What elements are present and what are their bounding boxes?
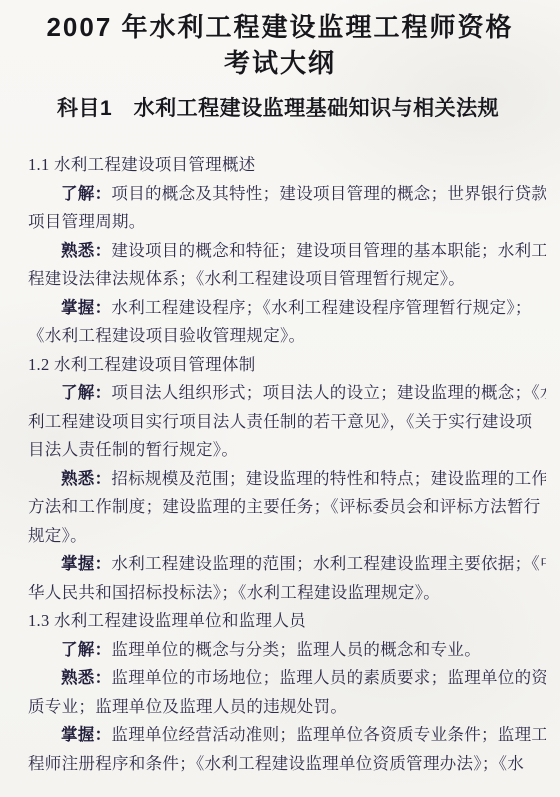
line-text: 华人民共和国招标投标法》；《水利工程建设监理规定》。 <box>28 583 440 602</box>
body-line: 程师注册程序和条件；《水利工程建设监理单位资质管理办法》；《水 <box>28 750 546 779</box>
line-text: 方法和工作制度；建设监理的主要任务；《评标委员会和评标方法暂行 <box>28 497 541 516</box>
line-text: 项目的概念及其特性；建设项目管理的概念；世界银行贷款 <box>111 184 546 203</box>
body-line: 掌握：水利工程建设程序；《水利工程建设程序管理暂行规定》； <box>28 294 546 323</box>
subject-heading: 科目1 水利工程建设监理基础知识与相关法规 <box>0 96 560 122</box>
line-text: 水利工程建设程序；《水利工程建设程序管理暂行规定》； <box>111 298 531 317</box>
line-label: 熟悉： <box>61 668 111 687</box>
document-title: 2007 年水利工程建设监理工程师资格 考试大纲 <box>0 0 560 81</box>
line-label: 掌握： <box>61 725 111 744</box>
body-line: 规定》。 <box>28 522 546 551</box>
body-line: 利工程建设项目实行项目法人责任制的若干意见》，《关于实行建设项 <box>28 408 546 437</box>
line-text: 监理单位经营活动准则；监理单位各资质专业条件；监理工 <box>111 725 546 744</box>
body-line: 掌握：监理单位经营活动准则；监理单位各资质专业条件；监理工 <box>28 721 546 750</box>
page-title-line-1: 2007 年水利工程建设监理工程师资格 <box>0 9 560 45</box>
line-text: 质专业；监理单位及监理人员的违规处罚。 <box>28 697 347 716</box>
scanned-document-page: 2007 年水利工程建设监理工程师资格 考试大纲 科目1 水利工程建设监理基础知… <box>0 0 560 797</box>
body-line: 熟悉：招标规模及范围；建设监理的特性和特点；建设监理的工作 <box>28 465 546 494</box>
line-label: 了解： <box>61 383 111 402</box>
line-text: 利工程建设项目实行项目法人责任制的若干意见》，《关于实行建设项 <box>28 412 532 431</box>
document-body: 1.1 水利工程建设项目管理概述 了解：项目的概念及其特性；建设项目管理的概念；… <box>0 151 560 778</box>
line-label: 了解： <box>61 640 111 659</box>
line-text: 水利工程建设监理的范围；水利工程建设监理主要依据；《中 <box>111 554 546 573</box>
page-title-line-2: 考试大纲 <box>0 45 560 81</box>
line-text: 规定》。 <box>28 526 87 545</box>
body-line: 程建设法律法规体系；《水利工程建设项目管理暂行规定》。 <box>28 265 546 294</box>
body-line: 了解：监理单位的概念与分类；监理人员的概念和专业。 <box>28 636 546 665</box>
body-line: 《水利工程建设项目验收管理规定》。 <box>28 322 546 351</box>
line-label: 掌握： <box>61 298 111 317</box>
line-text: 目法人责任制的暂行规定》。 <box>28 440 238 459</box>
line-text: 项目管理周期。 <box>28 212 146 231</box>
body-line: 掌握：水利工程建设监理的范围；水利工程建设监理主要依据；《中 <box>28 550 546 579</box>
body-line: 项目管理周期。 <box>28 208 546 237</box>
line-label: 掌握： <box>61 554 111 573</box>
body-line: 了解：项目法人组织形式；项目法人的设立；建设监理的概念；《水 <box>28 379 546 408</box>
line-text: 程师注册程序和条件；《水利工程建设监理单位资质管理办法》；《水 <box>28 754 524 773</box>
line-text: 《水利工程建设项目验收管理规定》。 <box>28 326 305 345</box>
section-heading-1-2: 1.2 水利工程建设项目管理体制 <box>28 351 546 380</box>
section-heading-1-1: 1.1 水利工程建设项目管理概述 <box>28 151 546 180</box>
line-label: 了解： <box>61 184 111 203</box>
line-text: 项目法人组织形式；项目法人的设立；建设监理的概念；《水 <box>111 383 546 402</box>
body-line: 了解：项目的概念及其特性；建设项目管理的概念；世界银行贷款 <box>28 180 546 209</box>
body-line: 方法和工作制度；建设监理的主要任务；《评标委员会和评标方法暂行 <box>28 493 546 522</box>
section-heading-1-3: 1.3 水利工程建设监理单位和监理人员 <box>28 607 546 636</box>
line-label: 熟悉： <box>61 241 111 260</box>
body-line: 目法人责任制的暂行规定》。 <box>28 436 546 465</box>
line-text: 监理单位的市场地位；监理人员的素质要求；监理单位的资 <box>111 668 546 687</box>
body-line: 熟悉：建设项目的概念和特征；建设项目管理的基本职能；水利工 <box>28 237 546 266</box>
line-text: 建设项目的概念和特征；建设项目管理的基本职能；水利工 <box>111 241 546 260</box>
line-text: 招标规模及范围；建设监理的特性和特点；建设监理的工作 <box>111 469 546 488</box>
line-text: 监理单位的概念与分类；监理人员的概念和专业。 <box>111 640 481 659</box>
line-text: 程建设法律法规体系；《水利工程建设项目管理暂行规定》。 <box>28 269 465 288</box>
body-line: 质专业；监理单位及监理人员的违规处罚。 <box>28 693 546 722</box>
body-line: 华人民共和国招标投标法》；《水利工程建设监理规定》。 <box>28 579 546 608</box>
line-label: 熟悉： <box>61 469 111 488</box>
body-line: 熟悉：监理单位的市场地位；监理人员的素质要求；监理单位的资 <box>28 664 546 693</box>
